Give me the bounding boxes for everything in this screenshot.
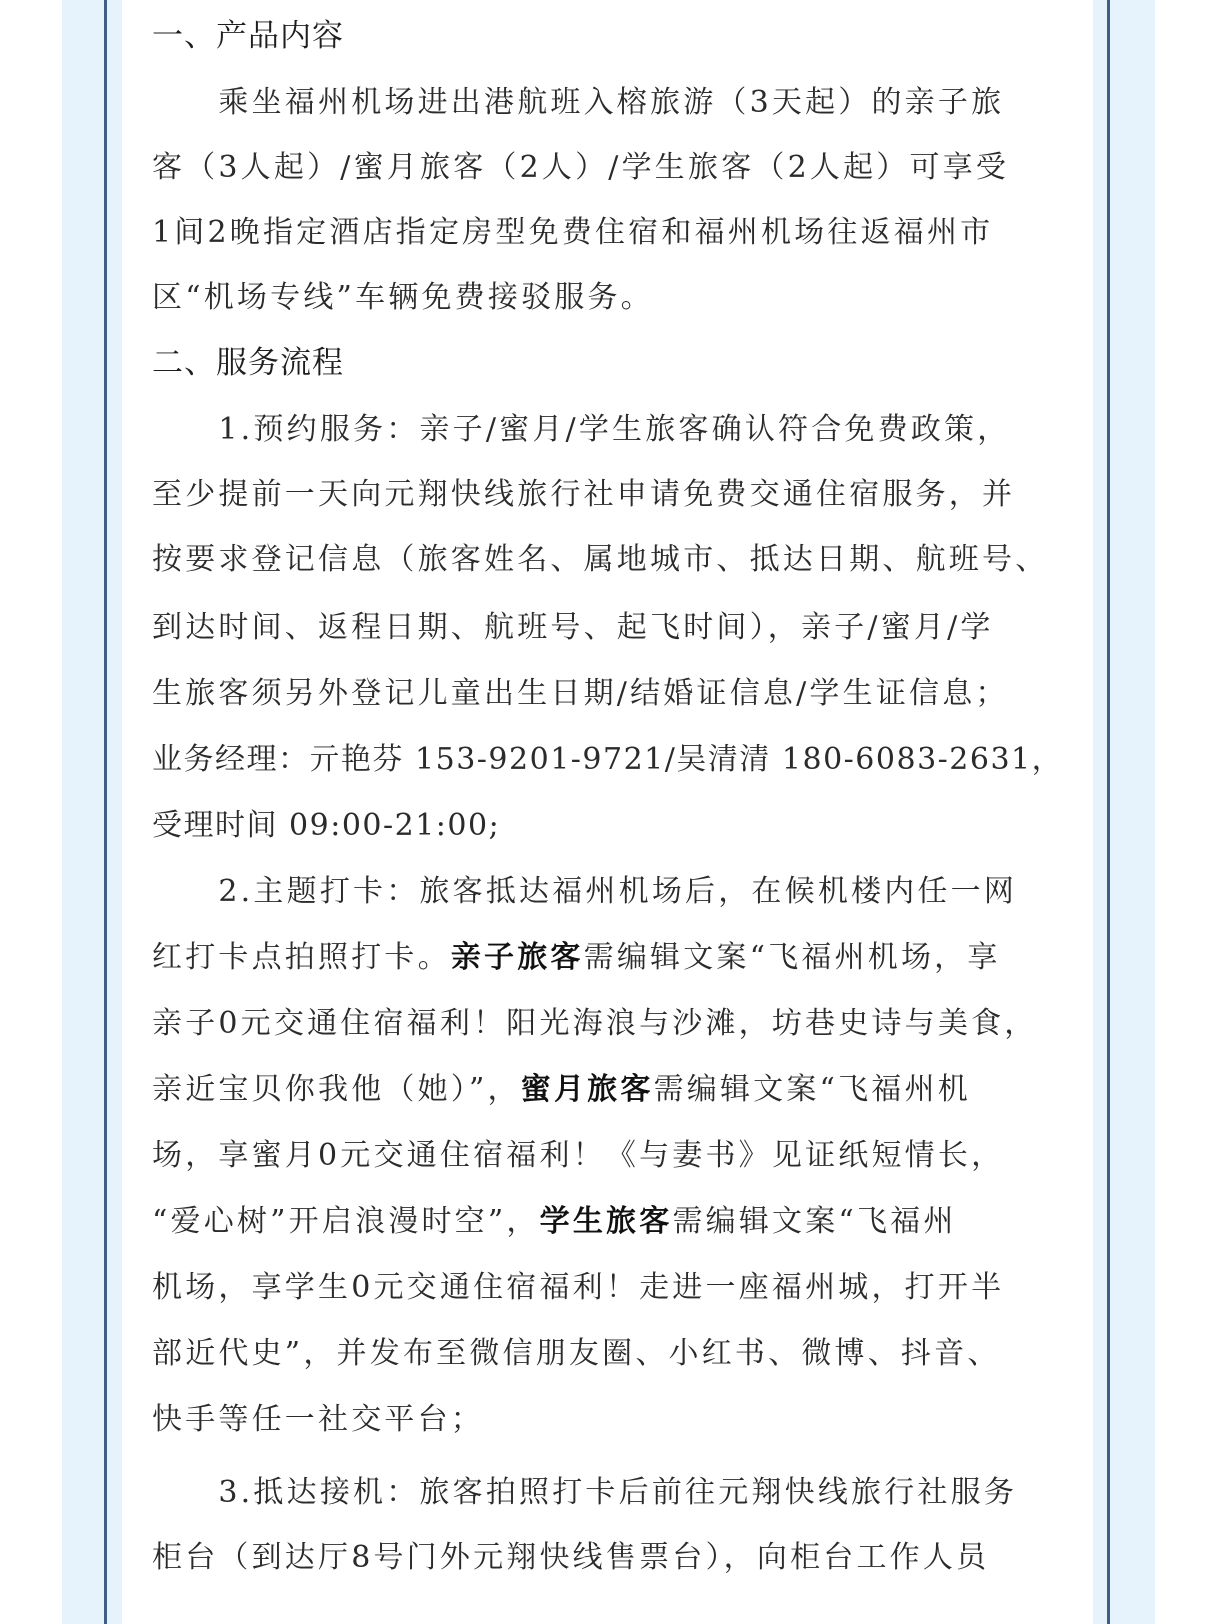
section-heading-product-content: 一、产品内容 xyxy=(152,18,344,54)
right-border-rule xyxy=(1107,0,1110,1624)
text: 需编辑文案“飞福州 xyxy=(672,1204,956,1239)
document-page: 一、产品内容 乘坐福州机场进出港航班入榕旅游（3天起）的亲子旅 客（3人起）/蜜… xyxy=(122,0,1093,1624)
step2-line: 亲近宝贝你我他（她）”，蜜月旅客需编辑文案“飞福州机 xyxy=(152,1072,971,1108)
left-border-rule xyxy=(104,0,107,1624)
step2-line: 机场，享学生0元交通住宿福利！走进一座福州城，打开半 xyxy=(152,1270,1004,1306)
right-margin-band xyxy=(1093,0,1155,1624)
step1-line: 1.预约服务：亲子/蜜月/学生旅客确认符合免费政策， xyxy=(152,412,1010,448)
paragraph-line: 1间2晚指定酒店指定房型免费住宿和福州机场往返福州市 xyxy=(152,215,993,251)
step3-line: 柜台（到达厅8号门外元翔快线售票台），向柜台工作人员 xyxy=(152,1540,989,1576)
text: 亲近宝贝你我他（她）”， xyxy=(152,1072,521,1107)
bold-label-honeymoon: 蜜月旅客 xyxy=(521,1072,654,1107)
text: 需编辑文案“飞福州机场，享 xyxy=(584,940,1001,975)
step3-line: 3.抵达接机：旅客拍照打卡后前往元翔快线旅行社服务 xyxy=(152,1475,1017,1511)
step2-line: 红打卡点拍照打卡。亲子旅客需编辑文案“飞福州机场，享 xyxy=(152,940,1001,976)
bold-label-family: 亲子旅客 xyxy=(451,940,584,975)
step1-contact-line: 业务经理：亓艳芬 153-9201-9721/吴清清 180-6083-2631… xyxy=(152,742,1063,778)
paragraph-line: 客（3人起）/蜜月旅客（2人）/学生旅客（2人起）可享受 xyxy=(152,150,1009,186)
text: 需编辑文案“飞福州机 xyxy=(654,1072,971,1107)
step1-line: 生旅客须另外登记儿童出生日期/结婚证信息/学生证信息； xyxy=(152,676,1009,712)
section-heading-service-process: 二、服务流程 xyxy=(152,345,344,381)
text: “爱心树”开启浪漫时空”， xyxy=(152,1204,540,1239)
text: 红打卡点拍照打卡。 xyxy=(152,940,451,975)
step2-line: “爱心树”开启浪漫时空”，学生旅客需编辑文案“飞福州 xyxy=(152,1204,957,1240)
step2-line: 场，享蜜月0元交通住宿福利！《与妻书》见证纸短情长， xyxy=(152,1138,1004,1174)
step2-line: 亲子0元交通住宿福利！阳光海浪与沙滩，坊巷史诗与美食， xyxy=(152,1006,1038,1042)
step2-line: 快手等任一社交平台； xyxy=(152,1402,484,1438)
step1-hours-line: 受理时间 09:00-21:00; xyxy=(152,808,500,844)
bold-label-student: 学生旅客 xyxy=(540,1204,673,1239)
paragraph-line: 区“机场专线”车辆免费接驳服务。 xyxy=(152,280,654,316)
step2-line: 部近代史”，并发布至微信朋友圈、小红书、微博、抖音、 xyxy=(152,1336,1001,1372)
paragraph-line: 乘坐福州机场进出港航班入榕旅游（3天起）的亲子旅 xyxy=(152,85,1004,121)
step1-line: 至少提前一天向元翔快线旅行社申请免费交通住宿服务，并 xyxy=(152,477,1015,513)
step1-line: 按要求登记信息（旅客姓名、属地城市、抵达日期、航班号、 xyxy=(152,542,1048,578)
step1-line: 到达时间、返程日期、航班号、起飞时间），亲子/蜜月/学 xyxy=(152,610,994,646)
step2-line: 2.主题打卡：旅客抵达福州机场后，在候机楼内任一网 xyxy=(152,874,1017,910)
left-margin-band xyxy=(62,0,122,1624)
